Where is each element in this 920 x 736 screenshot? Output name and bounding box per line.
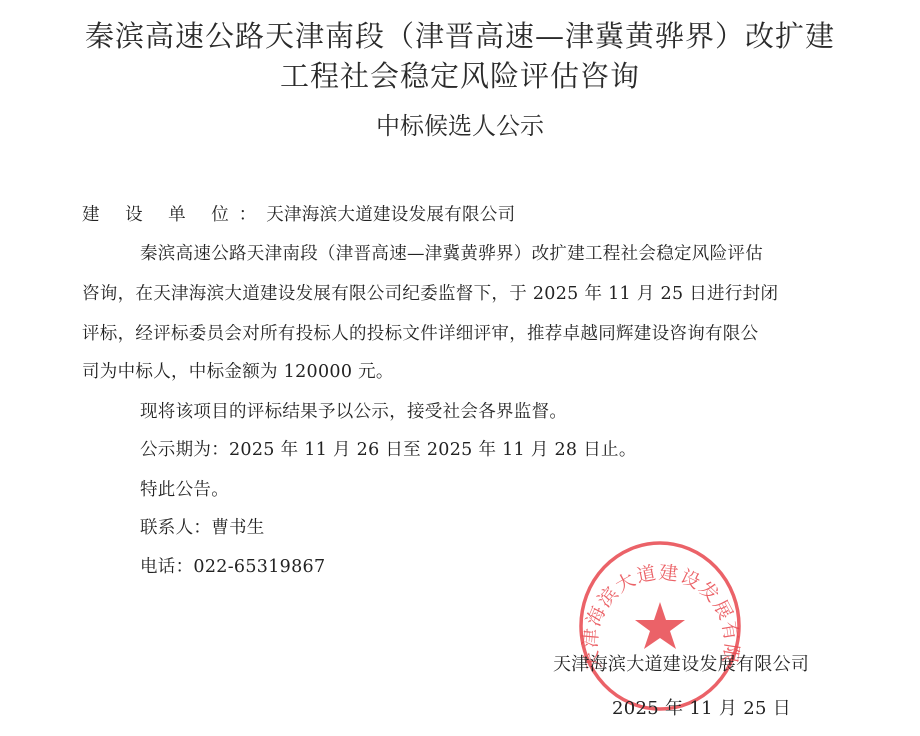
official-seal-stamp: 天津海滨大道建设发展有限公司: [578, 540, 742, 712]
construction-unit-value: 天津海滨大道建设发展有限公司: [266, 205, 515, 225]
document-title-line-2: 工程社会稳定风险评估咨询: [0, 54, 920, 95]
notice-closing: 特此公告。: [140, 476, 229, 501]
construction-unit-label: 建 设 单 位：: [82, 205, 266, 225]
paragraph-1-line-1: 秦滨高速公路天津南段（津晋高速—津冀黄骅界）改扩建工程社会稳定风险评估: [140, 240, 763, 265]
contact-phone: 电话：022-65319867: [140, 553, 325, 578]
construction-unit: 建 设 单 位：天津海滨大道建设发展有限公司: [82, 201, 515, 226]
publicity-period: 公示期为：2025 年 11 月 26 日至 2025 年 11 月 28 日止…: [140, 436, 637, 461]
contact-person: 联系人：曹书生: [140, 514, 265, 539]
paragraph-1-line-3: 评标，经评标委员会对所有投标人的投标文件详细评审，推荐卓越同辉建设咨询有限公: [82, 320, 758, 345]
paragraph-2: 现将该项目的评标结果予以公示，接受社会各界监督。: [140, 398, 567, 423]
star-icon: [635, 602, 685, 649]
paragraph-1-line-2: 咨询，在天津海滨大道建设发展有限公司纪委监督下，于 2025 年 11 月 25…: [82, 280, 778, 305]
document-subtitle: 中标候选人公示: [0, 106, 920, 141]
signature-date: 2025 年 11 月 25 日: [612, 694, 791, 720]
signature-company: 天津海滨大道建设发展有限公司: [553, 650, 809, 676]
paragraph-1-line-4: 司为中标人，中标金额为 120000 元。: [82, 358, 394, 383]
document-title-line-1: 秦滨高速公路天津南段（津晋高速—津冀黄骅界）改扩建: [0, 14, 920, 55]
